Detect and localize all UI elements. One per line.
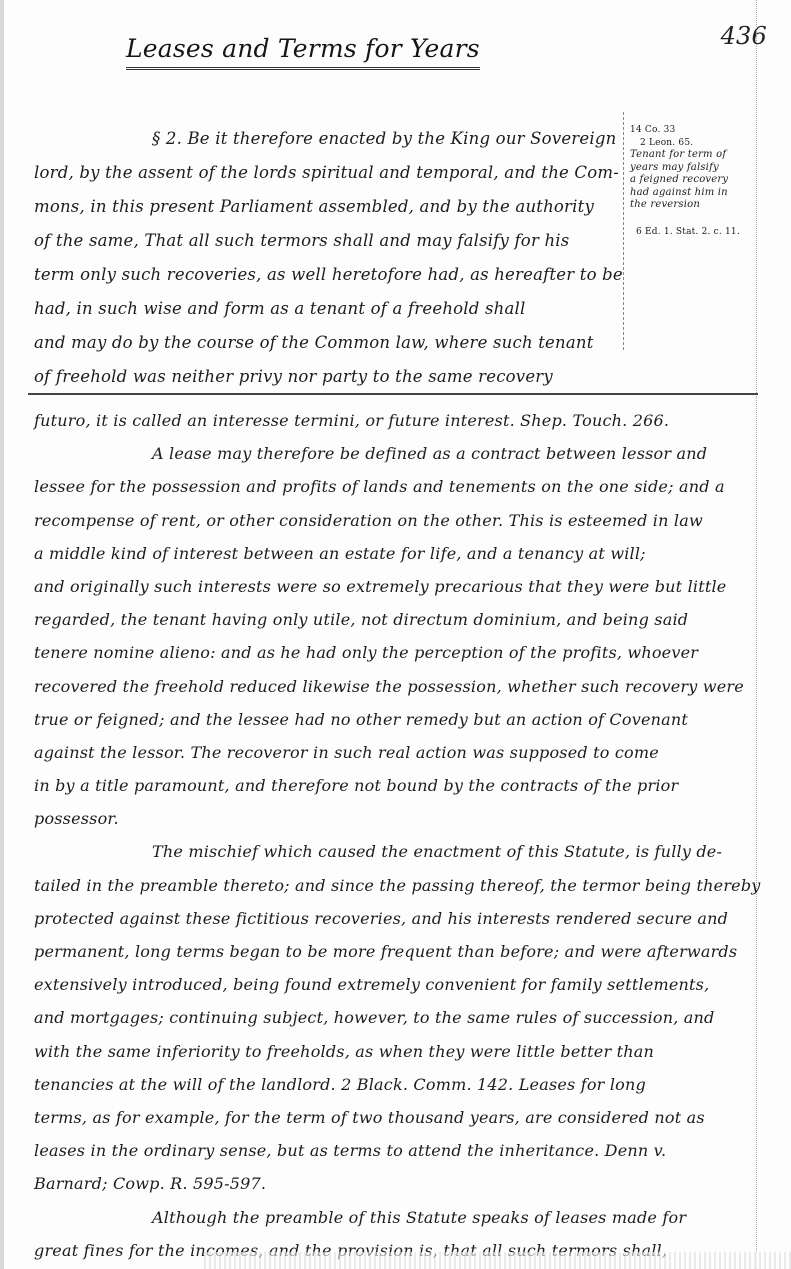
commentary-line: possessor.: [34, 802, 759, 835]
margin-cross-reference: 6 Ed. 1. Stat. 2. c. 11.: [630, 226, 754, 239]
margin-summary-line: a feigned recovery: [630, 174, 754, 187]
margin-summary-line: years may falsify: [630, 162, 754, 175]
statute-line: § 2. Be it therefore enacted by the King…: [34, 122, 619, 156]
commentary-line: lessee for the possession and profits of…: [34, 470, 759, 503]
commentary-line: and mortgages; continuing subject, howev…: [34, 1001, 759, 1034]
page-number: 436: [721, 22, 767, 50]
commentary-line: permanent, long terms began to be more f…: [34, 935, 759, 968]
statute-line: mons, in this present Parliament assembl…: [34, 190, 619, 224]
commentary-line: true or feigned; and the lessee had no o…: [34, 703, 759, 736]
commentary-line: leases in the ordinary sense, but as ter…: [34, 1134, 759, 1167]
margin-summary-line: the reversion: [630, 199, 754, 212]
commentary-line: regarded, the tenant having only utile, …: [34, 603, 759, 636]
margin-notes: 14 Co. 33 2 Leon. 65. Tenant for term of…: [630, 124, 754, 238]
commentary-line: The mischief which caused the enactment …: [34, 835, 759, 868]
margin-reference: 2 Leon. 65.: [630, 137, 754, 150]
commentary-line: terms, as for example, for the term of t…: [34, 1101, 759, 1134]
statute-line: and may do by the course of the Common l…: [34, 326, 619, 360]
margin-summary-line: had against him in: [630, 187, 754, 200]
commentary-line: with the same inferiority to freeholds, …: [34, 1035, 759, 1068]
commentary-line: Barnard; Cowp. R. 595-597.: [34, 1167, 759, 1200]
commentary-line: protected against these fictitious recov…: [34, 902, 759, 935]
manuscript-page: 436 Leases and Terms for Years § 2. Be i…: [0, 0, 791, 1269]
section-divider: [28, 393, 758, 395]
scan-noise: [204, 1252, 791, 1269]
commentary-line: tenere nomine alieno: and as he had only…: [34, 636, 759, 669]
commentary-line: tailed in the preamble thereto; and sinc…: [34, 869, 759, 902]
commentary-line: recompense of rent, or other considerati…: [34, 504, 759, 537]
commentary-line: against the lessor. The recoveror in suc…: [34, 736, 759, 769]
commentary-text: futuro, it is called an interesse termin…: [34, 404, 759, 1267]
page-title: Leases and Terms for Years: [126, 34, 480, 70]
commentary-line: futuro, it is called an interesse termin…: [34, 404, 759, 437]
margin-column-rule: [623, 112, 624, 350]
commentary-line: A lease may therefore be defined as a co…: [34, 437, 759, 470]
statute-line: of freehold was neither privy nor party …: [34, 360, 619, 394]
statute-text: § 2. Be it therefore enacted by the King…: [34, 122, 619, 394]
statute-line: term only such recoveries, as well heret…: [34, 258, 619, 292]
commentary-line: tenancies at the will of the landlord. 2…: [34, 1068, 759, 1101]
commentary-line: in by a title paramount, and therefore n…: [34, 769, 759, 802]
statute-line: of the same, That all such termors shall…: [34, 224, 619, 258]
margin-summary-line: Tenant for term of: [630, 149, 754, 162]
commentary-line: Although the preamble of this Statute sp…: [34, 1201, 759, 1234]
commentary-line: recovered the freehold reduced likewise …: [34, 670, 759, 703]
statute-line: had, in such wise and form as a tenant o…: [34, 292, 619, 326]
commentary-line: a middle kind of interest between an est…: [34, 537, 759, 570]
statute-line: lord, by the assent of the lords spiritu…: [34, 156, 619, 190]
commentary-line: extensively introduced, being found extr…: [34, 968, 759, 1001]
margin-reference: 14 Co. 33: [630, 124, 754, 137]
commentary-line: and originally such interests were so ex…: [34, 570, 759, 603]
